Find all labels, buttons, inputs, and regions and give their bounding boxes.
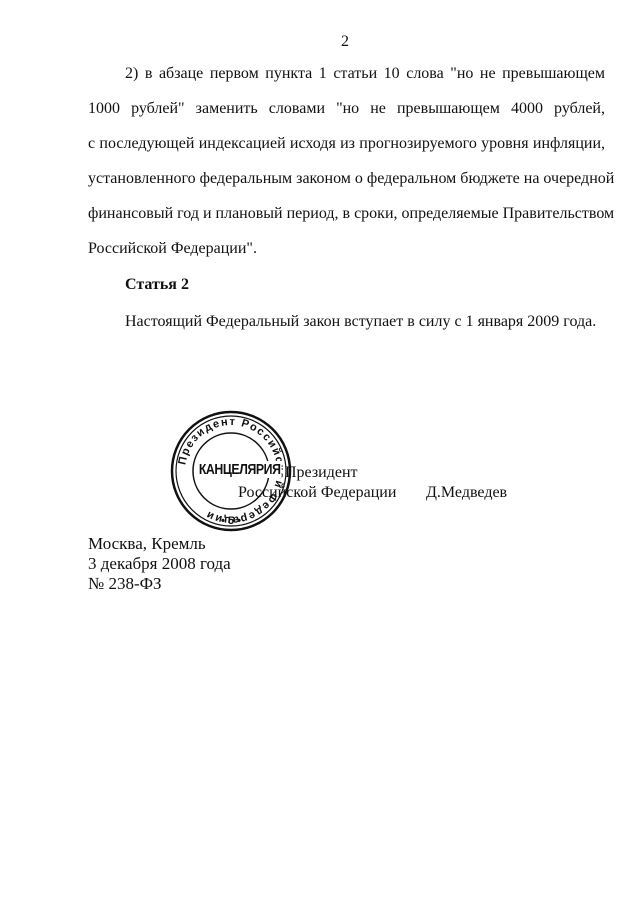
issue-place: Москва, Кремль xyxy=(88,534,231,554)
paragraph-line: 1000 рублей" заменить словами "но не пре… xyxy=(88,91,605,126)
amendment-paragraph: 2) в абзаце первом пункта 1 статьи 10 сл… xyxy=(88,56,605,266)
article-heading: Статья 2 xyxy=(125,276,189,294)
signatory-title: Президент xyxy=(285,464,358,482)
paragraph-line: Российской Федерации". xyxy=(88,231,605,266)
paragraph-line: финансовый год и плановый период, в срок… xyxy=(88,196,605,231)
article-text: Настоящий Федеральный закон вступает в с… xyxy=(125,313,596,331)
paragraph-line: с последующей индексацией исходя из прог… xyxy=(88,126,605,161)
signatory-name: Д.Медведев xyxy=(426,484,507,502)
paragraph-line: установленного федеральным законом о фед… xyxy=(88,161,605,196)
law-number: № 238-ФЗ xyxy=(88,574,231,594)
paragraph-line: 2) в абзаце первом пункта 1 статьи 10 сл… xyxy=(88,56,605,91)
page-number: 2 xyxy=(0,33,640,51)
signatory-organization: Российской Федерации xyxy=(238,484,396,502)
issue-date: 3 декабря 2008 года xyxy=(88,554,231,574)
issue-details: Москва, Кремль 3 декабря 2008 года № 238… xyxy=(88,534,231,594)
stamp-center-text: КАНЦЕЛЯРИЯ xyxy=(198,461,281,478)
svg-text:• 5 •: • 5 • xyxy=(221,515,241,527)
